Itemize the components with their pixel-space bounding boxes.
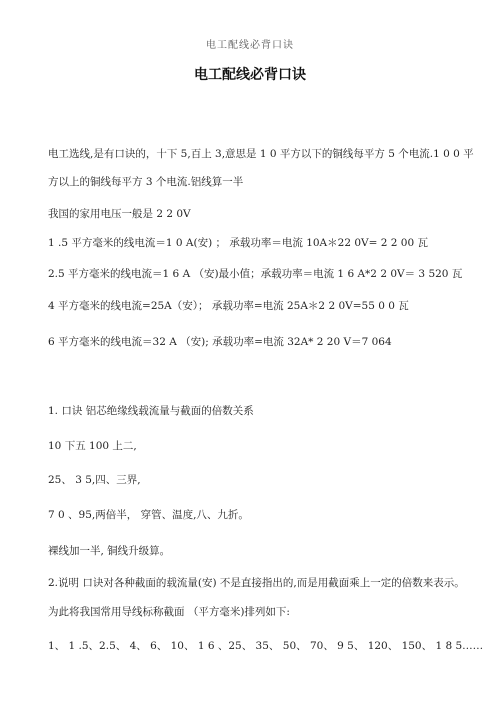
paragraph-line: 我国的家用电压一般是 2 2 0V [48,206,191,221]
section-heading: 1. 口诀 铝芯绝缘线载流量与截面的倍数关系 [48,403,254,418]
paragraph-line: 10 下五 100 上二, [48,438,137,453]
paragraph-line: 1 .5 平方毫米的线电流＝1 0 A(安) ； 承载功率＝电流 10A＊22 … [48,235,428,250]
paragraph-line: 7 0 、95,两倍半， 穿管、温度,八、九折。 [48,507,249,522]
paragraph-line: 裸线加一半, 铜线升级算。 [48,543,170,558]
paragraph-line: 1、 1 .5、2.5、 4、 6、 10、 1 6 、25、 35、 50、 … [48,638,483,653]
paragraph-line: 方以上的铜线每平方 3 个电流.铝线算一半 [48,174,243,189]
paragraph-line: 为此将我国常用导线标称截面 （平方毫米)排列如下: [48,604,290,619]
paragraph-line: 电工选线,是有口诀的，十下 5,百上 3,意思是 1 0 平方以下的铜线每平方 … [48,146,474,161]
page-header: 电工配线必背口诀 [0,36,500,51]
paragraph-line: 2.说明 口诀对各种截面的载流量(安) 不是直接指出的,而是用截面乘上一定的倍数… [48,575,465,590]
paragraph-line: 4 平方毫米的线电流=25A（安）； 承载功率=电流 25A＊2 2 0V=55… [48,298,409,313]
document-title: 电工配线必背口诀 [0,64,500,84]
paragraph-line: 6 平方毫米的线电流＝32 A （安); 承载功率=电流 32A* 2 20 V… [48,334,392,349]
paragraph-line: 2.5 平方毫米的线电流＝1 6 A （安)最小值；承载功率＝电流 1 6 A*… [48,266,462,281]
paragraph-line: 25、 3 5,四、三界, [48,472,141,487]
